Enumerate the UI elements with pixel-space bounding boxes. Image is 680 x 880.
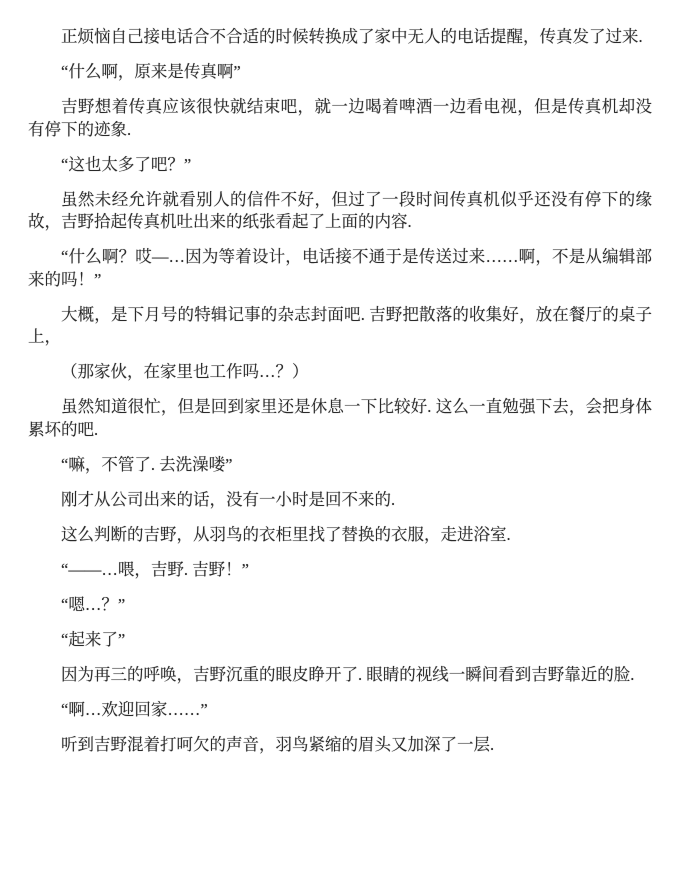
paragraph: “啊…欢迎回家……”	[28, 699, 652, 722]
paragraph: 因为再三的呼唤，吉野沉重的眼皮睁开了. 眼睛的视线一瞬间看到吉野靠近的脸.	[28, 664, 652, 687]
paragraph: 吉野想着传真应该很快就结束吧，就一边喝着啤酒一边看电视，但是传真机却没有停下的迹…	[28, 96, 652, 141]
paragraph: 正烦恼自己接电话合不合适的时候转换成了家中无人的电话提醒，传真发了过来.	[28, 26, 652, 49]
paragraph: 虽然未经允许就看别人的信件不好，但过了一段时间传真机似乎还没有停下的缘故，吉野拾…	[28, 189, 652, 234]
paragraph: 大概，是下月号的特辑记事的杂志封面吧. 吉野把散落的收集好，放在餐厅的桌子上，	[28, 304, 652, 349]
paragraph: 虽然知道很忙，但是回到家里还是休息一下比较好. 这么一直勉强下去，会把身体累坏的…	[28, 396, 652, 441]
paragraph: 这么判断的吉野，从羽鸟的衣柜里找了替换的衣服，走进浴室.	[28, 524, 652, 547]
paragraph: “什么啊？哎—…因为等着设计，电话接不通于是传送过来……啊，不是从编辑部来的吗！…	[28, 246, 652, 291]
paragraph: “这也太多了吧？”	[28, 154, 652, 177]
paragraph: “——…喂，吉野. 吉野！”	[28, 559, 652, 582]
paragraph: “起来了”	[28, 629, 652, 652]
paragraph: 刚才从公司出来的话，没有一小时是回不来的.	[28, 489, 652, 512]
paragraph: “嘛，不管了. 去洗澡喽”	[28, 454, 652, 477]
paragraph: 听到吉野混着打呵欠的声音，羽鸟紧缩的眉头又加深了一层.	[28, 734, 652, 757]
paragraph: “什么啊，原来是传真啊”	[28, 61, 652, 84]
document-content: 正烦恼自己接电话合不合适的时候转换成了家中无人的电话提醒，传真发了过来.“什么啊…	[0, 0, 680, 756]
paragraph: （那家伙，在家里也工作吗…？）	[28, 361, 652, 384]
paragraph: “嗯…？”	[28, 594, 652, 617]
document-page: 正烦恼自己接电话合不合适的时候转换成了家中无人的电话提醒，传真发了过来.“什么啊…	[0, 0, 680, 880]
